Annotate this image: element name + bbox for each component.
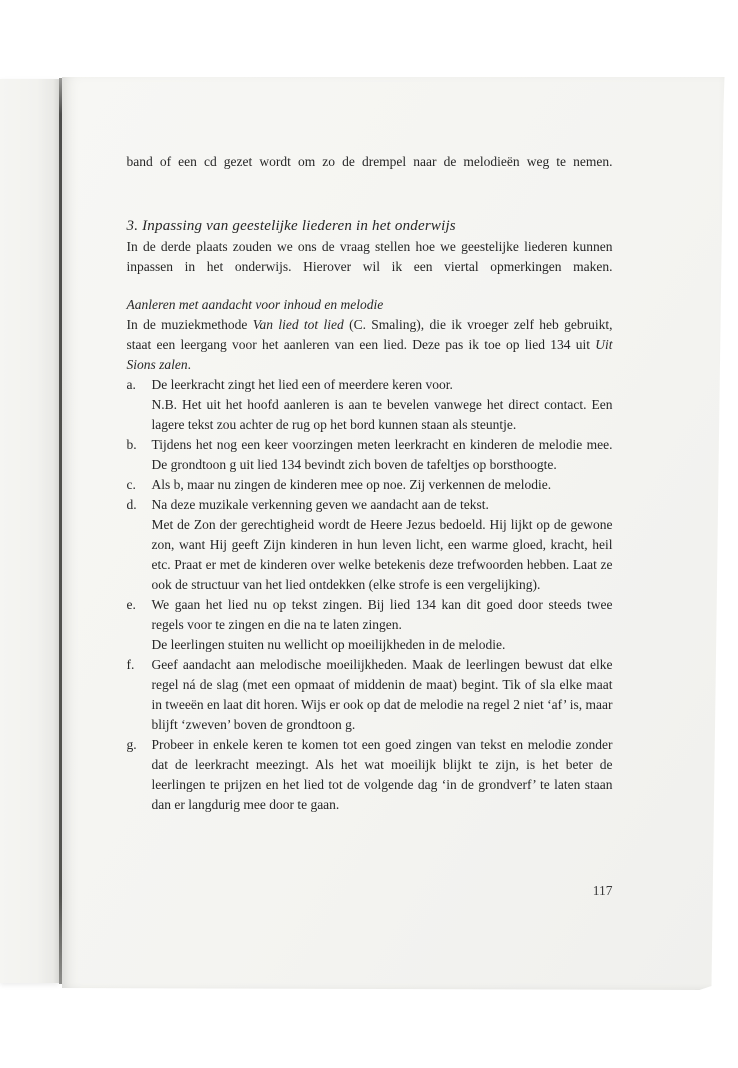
list-item-label: c. <box>127 475 152 495</box>
list-item-paragraph: Na deze muzikale verkenning geven we aan… <box>152 495 613 515</box>
prev-page-edge: -aaa-.,:e--onn-dditneeetd,etoretenijnera… <box>0 79 59 983</box>
list-item-paragraph: De leerkracht zingt het lied een of meer… <box>152 375 613 395</box>
method-paragraph-text: In de muziekmethode <box>127 317 253 332</box>
carryover-paragraph-line: band of een cd gezet wordt om zo de drem… <box>127 152 613 172</box>
list-item-text: Als b, maar nu zingen de kinderen mee op… <box>152 475 613 495</box>
list-item-label: f. <box>127 655 152 735</box>
page-text-block: band of een cd gezet wordt om zo de drem… <box>127 152 613 815</box>
book-photo: { "document": { "page_number": "117", "i… <box>0 0 738 1068</box>
prev-page-fragments: -aaa-.,:e--onn-dditneeetd,etoretenijnera… <box>0 79 59 983</box>
list-item-paragraph: De leerlingen stuiten nu wellicht op moe… <box>152 635 613 655</box>
list-item: f.Geef aandacht aan melodische moeilijkh… <box>127 655 613 735</box>
list-item-text: Geef aandacht aan melodische moeilijkhed… <box>152 655 613 735</box>
list-item-paragraph: Met de Zon der gerechtigheid wordt de He… <box>152 515 613 595</box>
list-item-paragraph: We gaan het lied nu op tekst zingen. Bij… <box>152 595 613 635</box>
method-paragraph-text: . <box>188 357 191 372</box>
list-item-text: Probeer in enkele keren te komen tot een… <box>152 735 613 815</box>
list-item-text: Tijdens het nog een keer voorzingen mete… <box>152 435 613 475</box>
list-item-label: d. <box>127 495 152 595</box>
list-item-label: b. <box>127 435 152 475</box>
list-item: e.We gaan het lied nu op tekst zingen. B… <box>127 595 613 655</box>
list-item-paragraph: N.B. Het uit het hoofd aanleren is aan t… <box>152 395 613 435</box>
section-heading: 3. Inpassing van geestelijke liederen in… <box>127 215 613 237</box>
list-item-label: g. <box>127 735 152 815</box>
list-item-text: We gaan het lied nu op tekst zingen. Bij… <box>152 595 613 655</box>
list-item-label: e. <box>127 595 152 655</box>
book-page: band of een cd gezet wordt om zo de drem… <box>62 77 725 990</box>
list-item-paragraph: Als b, maar nu zingen de kinderen mee op… <box>152 475 613 495</box>
instruction-list: a.De leerkracht zingt het lied een of me… <box>127 375 613 815</box>
list-item: a.De leerkracht zingt het lied een of me… <box>127 375 613 435</box>
list-item-label: a. <box>127 375 152 435</box>
list-item: d.Na deze muzikale verkenning geven we a… <box>127 495 613 595</box>
book-gutter-line <box>59 78 62 984</box>
page-number: 117 <box>127 883 613 899</box>
section-intro-paragraph: In de derde plaats zouden we ons de vraa… <box>127 237 613 277</box>
list-item-paragraph: Probeer in enkele keren te komen tot een… <box>152 735 613 815</box>
list-item-text: De leerkracht zingt het lied een of meer… <box>152 375 613 435</box>
list-item: c.Als b, maar nu zingen de kinderen mee … <box>127 475 613 495</box>
method-paragraph: In de muziekmethode Van lied tot lied (C… <box>127 315 613 375</box>
book-title-van-lied-tot-lied: Van lied tot lied <box>253 317 344 332</box>
list-item: g.Probeer in enkele keren te komen tot e… <box>127 735 613 815</box>
list-item-paragraph: Geef aandacht aan melodische moeilijkhed… <box>152 655 613 735</box>
subsection-heading: Aanleren met aandacht voor inhoud en mel… <box>127 295 613 315</box>
list-item-paragraph: Tijdens het nog een keer voorzingen mete… <box>152 435 613 475</box>
list-item: b.Tijdens het nog een keer voorzingen me… <box>127 435 613 475</box>
list-item-text: Na deze muzikale verkenning geven we aan… <box>152 495 613 595</box>
